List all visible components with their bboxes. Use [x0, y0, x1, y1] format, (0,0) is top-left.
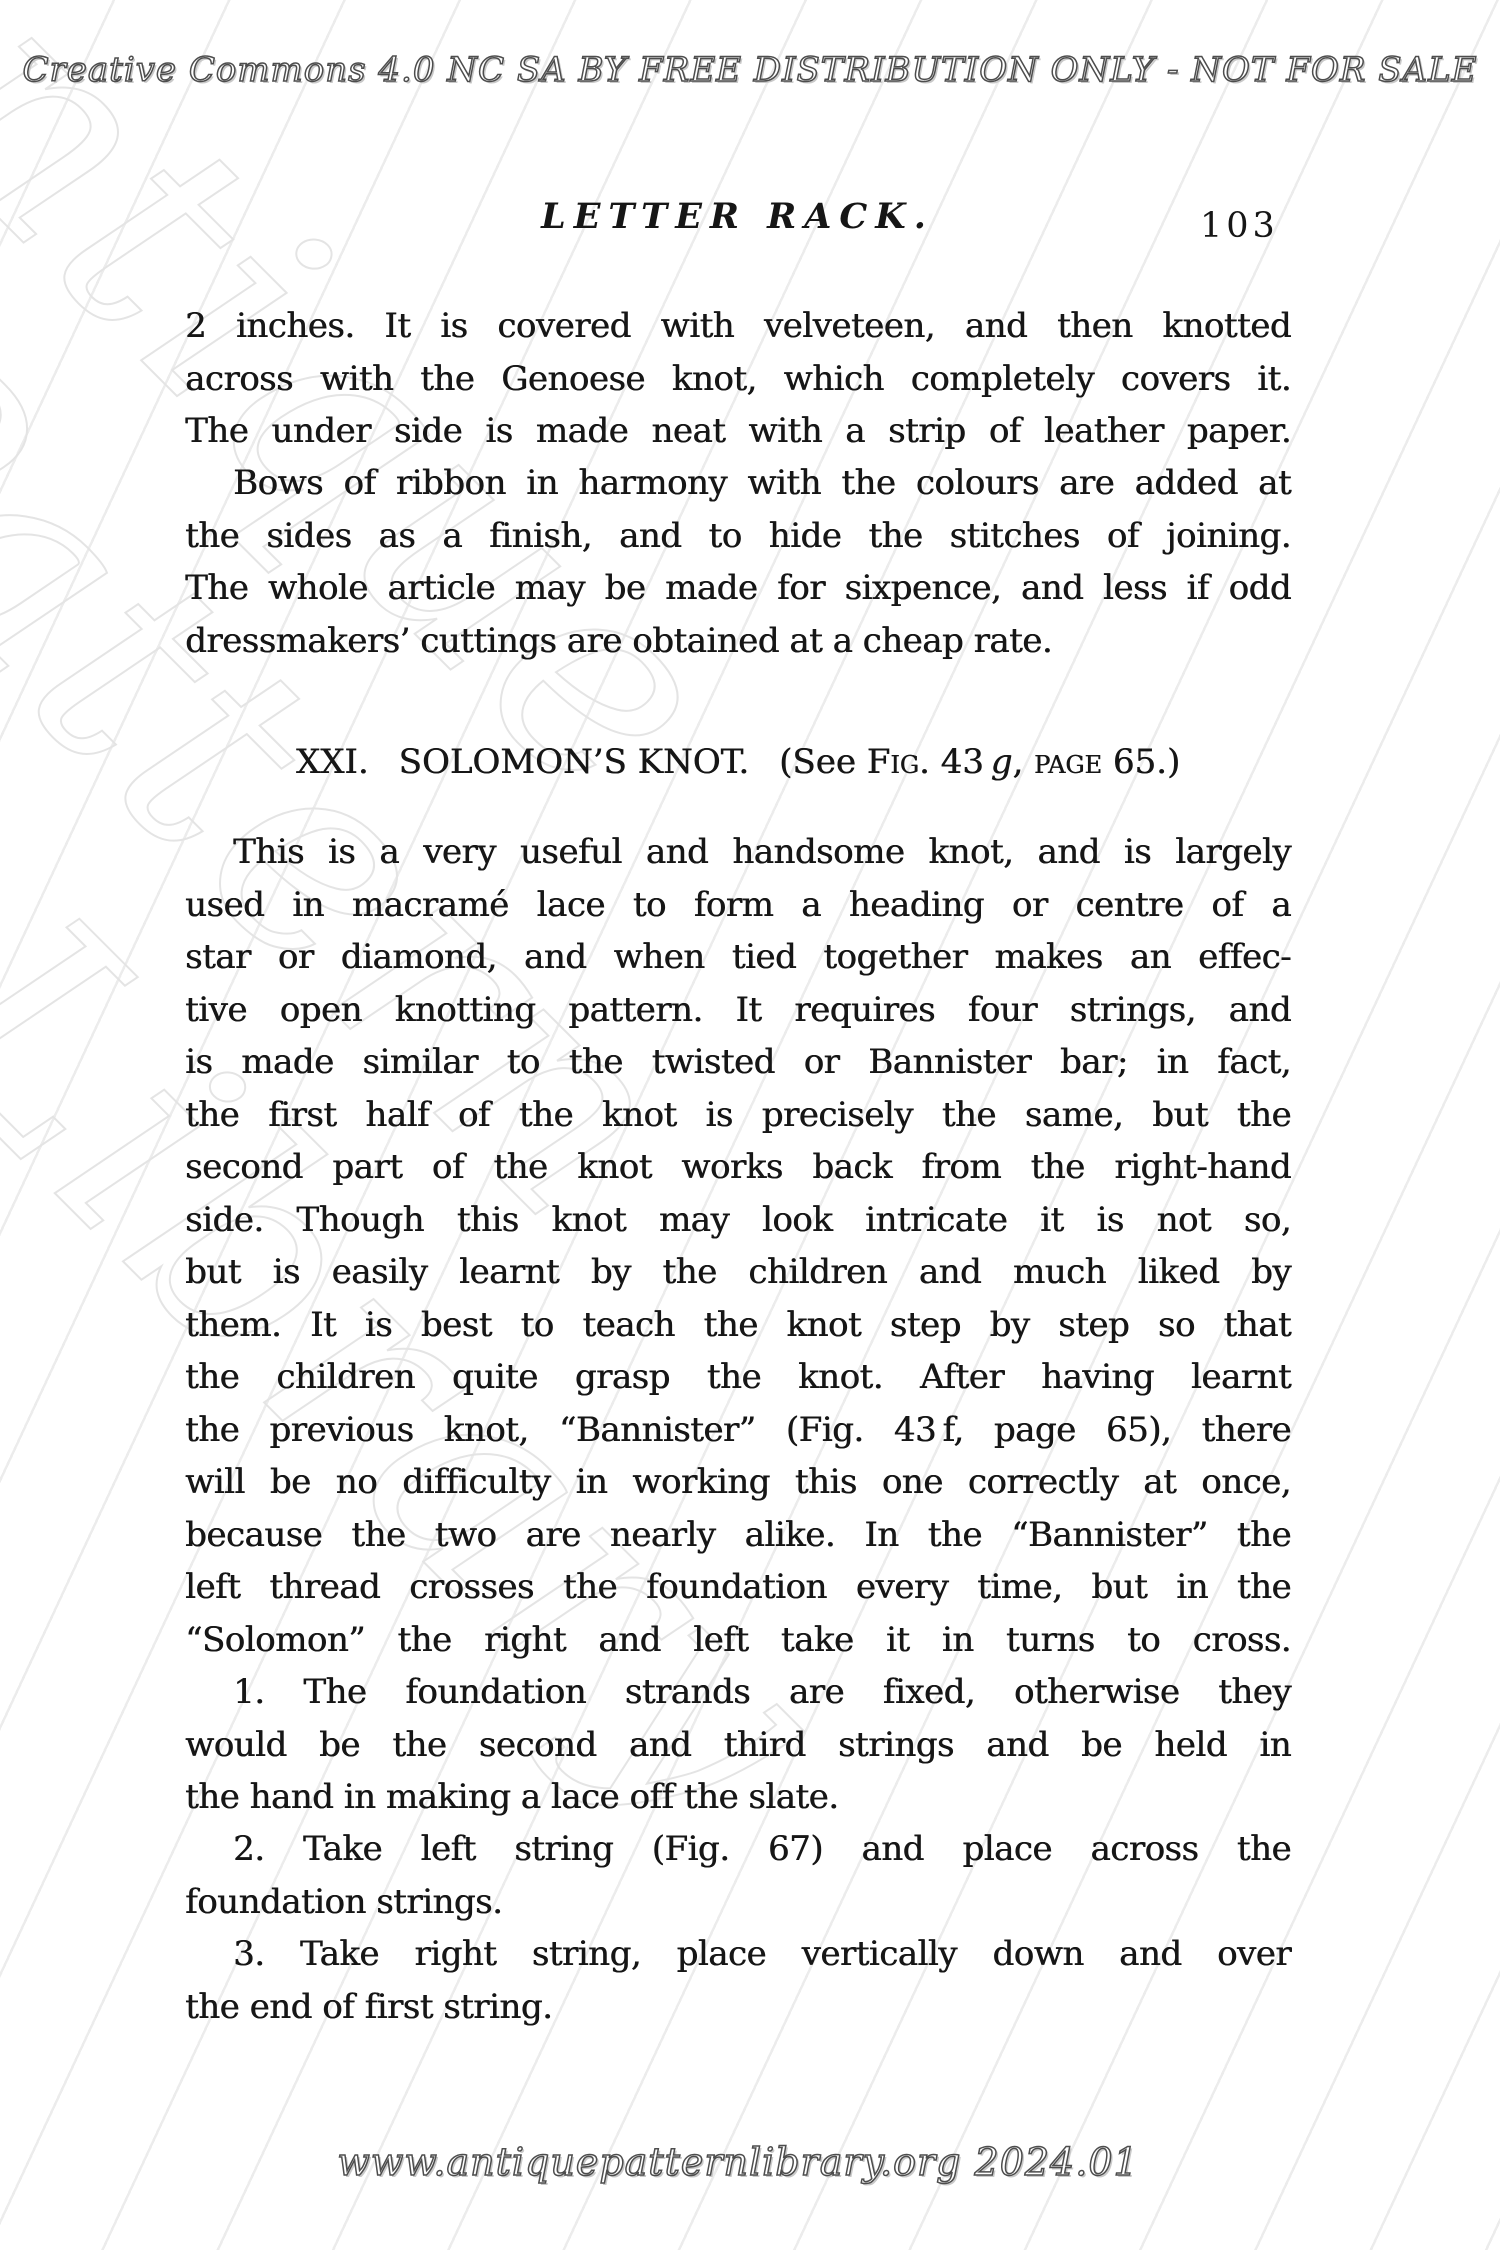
text-line: “Solomon” the right and left take it in …: [185, 1614, 1291, 1667]
text-line: This is a very useful and handsome knot,…: [185, 826, 1291, 879]
numbered-step-3: 3. Take right string, place vertically d…: [185, 1928, 1291, 2033]
text-line: foundation strings.: [185, 1876, 1291, 1929]
ref-text: (See: [779, 742, 867, 782]
scanned-book-page: Antique Pattern Library Creative Commons…: [0, 0, 1500, 2250]
text-line: the sides as a finish, and to hide the s…: [185, 510, 1291, 563]
text-line: but is easily learnt by the children and…: [185, 1246, 1291, 1299]
text-line: because the two are nearly alike. In the…: [185, 1509, 1291, 1562]
text-line: 2. Take left string (Fig. 67) and place …: [185, 1823, 1291, 1876]
text-line: the children quite grasp the knot. After…: [185, 1351, 1291, 1404]
page-number: 103: [1200, 206, 1279, 246]
text-line: 1. The foundation strands are fixed, oth…: [185, 1666, 1291, 1719]
text-line: the end of first string.: [185, 1981, 1291, 2034]
running-head-title: LETTER RACK.: [185, 196, 1290, 237]
text-line: Bows of ribbon in harmony with the colou…: [185, 457, 1291, 510]
text-line: the hand in making a lace off the slate.: [185, 1771, 1291, 1824]
text-line: the first half of the knot is precisely …: [185, 1089, 1291, 1142]
text-line: 2 inches. It is covered with velveteen, …: [185, 300, 1291, 353]
paragraph-bows-of-ribbon: Bows of ribbon in harmony with the colou…: [185, 457, 1291, 667]
text-line: used in macramé lace to form a heading o…: [185, 879, 1291, 932]
section-numeral: XXI.: [296, 742, 369, 782]
text-line: tive open knotting pattern. It requires …: [185, 984, 1291, 1037]
text-line: the previous knot, “Bannister” (Fig. 43 …: [185, 1404, 1291, 1457]
ref-text: 65.): [1102, 742, 1180, 782]
text-line: The whole article may be made for sixpen…: [185, 562, 1291, 615]
ref-fig-label: Fig.: [867, 742, 930, 782]
numbered-step-2: 2. Take left string (Fig. 67) and place …: [185, 1823, 1291, 1928]
ref-fig-letter: g: [991, 742, 1013, 782]
text-line: would be the second and third strings an…: [185, 1719, 1291, 1772]
text-line: side. Though this knot may look intricat…: [185, 1194, 1291, 1247]
ref-text: 43: [930, 742, 991, 782]
figure-reference: (See Fig. 43 g, page 65.): [779, 742, 1180, 782]
text-line: across with the Genoese knot, which comp…: [185, 353, 1291, 406]
footer-site-watermark: www.antiquepatternlibrary.org 2024.01: [185, 2140, 1291, 2184]
license-notice: Creative Commons 4.0 NC SA BY FREE DISTR…: [0, 50, 1500, 90]
ref-text: ,: [1012, 742, 1034, 782]
section-heading-solomons-knot: XXI.SOLOMON’S KNOT.(See Fig. 43 g, page …: [185, 742, 1291, 782]
paragraph-solomons-knot-description: This is a very useful and handsome knot,…: [185, 826, 1291, 1666]
text-line: second part of the knot works back from …: [185, 1141, 1291, 1194]
text-line: The under side is made neat with a strip…: [185, 405, 1291, 458]
text-line: left thread crosses the foundation every…: [185, 1561, 1291, 1614]
text-line: star or diamond, and when tied together …: [185, 931, 1291, 984]
text-line: dressmakers’ cuttings are obtained at a …: [185, 615, 1291, 668]
paragraph-continuation: 2 inches. It is covered with velveteen, …: [185, 300, 1291, 458]
ref-page-label: page: [1034, 742, 1102, 782]
text-line: will be no difficulty in working this on…: [185, 1456, 1291, 1509]
text-line: 3. Take right string, place vertically d…: [185, 1928, 1291, 1981]
text-line: is made similar to the twisted or Bannis…: [185, 1036, 1291, 1089]
numbered-step-1: 1. The foundation strands are fixed, oth…: [185, 1666, 1291, 1824]
text-line: them. It is best to teach the knot step …: [185, 1299, 1291, 1352]
section-title: SOLOMON’S KNOT.: [399, 742, 749, 782]
